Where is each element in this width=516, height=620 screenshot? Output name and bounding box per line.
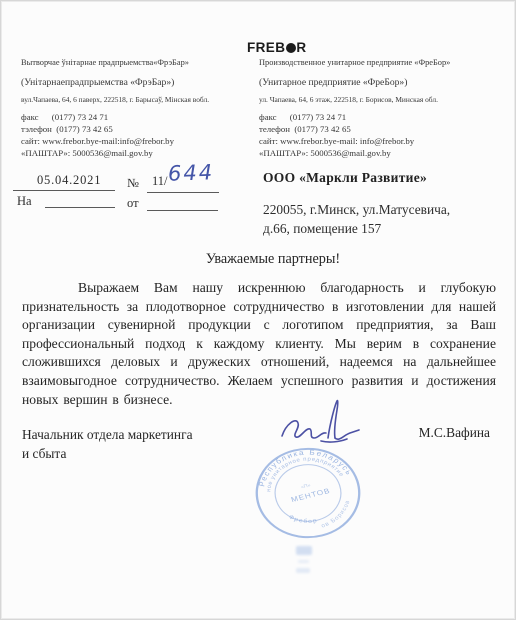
logo-o-disc-icon	[286, 43, 296, 53]
fax-line-by: факс (0177) 73 24 71	[21, 111, 253, 123]
signer-title-line2: и сбыта	[22, 444, 193, 463]
letter-date: 05.04.2021	[37, 173, 101, 188]
na-label: На	[17, 194, 32, 209]
letter-body: Выражаем Вам нашу искреннюю благодарност…	[22, 279, 496, 409]
addressee-name: ООО «Маркли Развитие»	[263, 170, 503, 186]
number-underline	[147, 192, 219, 193]
site-line-ru: сайт: www.frebor.bye-mail: info@frebor.b…	[259, 135, 505, 147]
logo-text-left: FREB	[247, 40, 285, 55]
addressee-address-line1: 220055, г.Минск, ул.Матусевича,	[263, 200, 503, 219]
site-line-by: сайт: www.frebor.bye-mail:info@frebor.by	[21, 135, 253, 147]
letterhead-left-column: Вытворчае ўнітарнае прадпрыемства«ФрэБар…	[21, 58, 253, 159]
contacts-ru: факс (0177) 73 24 71 телефон (0177) 73 4…	[259, 111, 505, 159]
company-name-by-short: (Унітарнаепрадпрыемства «ФрэБар»)	[21, 77, 253, 88]
addressee-address-line2: д.66, помещение 157	[263, 219, 503, 238]
stamp-residue-mark	[296, 568, 310, 573]
stamp-inner-bottom-text: Фребор	[286, 508, 319, 530]
company-address-by: вул.Чапаева, 64, 6 паверх, 222518, г. Ба…	[21, 96, 253, 104]
salutation: Уважаемые партнеры!	[31, 251, 515, 268]
ot-label: от	[127, 196, 139, 211]
phone-line-by: тэлефон (0177) 73 42 65	[21, 123, 253, 135]
stamp-residue-mark	[298, 560, 309, 563]
date-underline	[13, 190, 115, 191]
scanned-letter-page: FREB R Вытворчае ўнітарнае прадпрыемства…	[0, 0, 516, 620]
number-typed-part: 11/	[152, 174, 168, 189]
addressee-address: 220055, г.Минск, ул.Матусевича, д.66, по…	[263, 200, 503, 238]
stamp-center-small-text: «П»	[300, 483, 311, 491]
signer-name: М.С.Вафина	[419, 425, 490, 441]
phone-line-ru: телефон (0177) 73 42 65	[259, 123, 505, 135]
stamp-center-main-text: МЕНТОВ	[290, 486, 332, 504]
letterhead-right-column: Производственное унитарное предприятие «…	[259, 58, 505, 159]
stamp-residue-mark	[296, 546, 312, 555]
contacts-by: факс (0177) 73 24 71 тэлефон (0177) 73 4…	[21, 111, 253, 159]
addressee-block: ООО «Маркли Развитие» 220055, г.Минск, у…	[263, 170, 503, 238]
company-name-by: Вытворчае ўнітарнае прадпрыемства«ФрэБар…	[21, 58, 253, 67]
ot-underline	[147, 210, 218, 211]
company-round-stamp: Республика Беларусь ное унитарное предпр…	[250, 443, 366, 543]
signer-title-line1: Начальник отдела маркетинга	[22, 425, 193, 444]
number-handwritten-part: 644	[168, 160, 215, 186]
svg-text:Фребор: Фребор	[286, 508, 319, 530]
stamp-outer-bottom-text: ов Борисов	[315, 498, 358, 529]
post-line-by: «ПАШТАР»: 5000536@mail.gov.by	[21, 147, 253, 159]
logo-text-right: R	[296, 40, 306, 55]
post-line-ru: «ПАШТАР»: 5000536@mail.gov.by	[259, 147, 505, 159]
frebor-logo: FREB R	[247, 40, 307, 55]
number-sign: №	[127, 176, 139, 191]
company-address-ru: ул. Чапаева, 64, 6 этаж, 222518, г. Бори…	[259, 96, 505, 104]
fax-line-ru: факс (0177) 73 24 71	[259, 111, 505, 123]
na-underline	[45, 207, 115, 208]
company-name-ru-short: (Унитарное предприятие «ФреБор»)	[259, 77, 505, 88]
company-name-ru: Производственное унитарное предприятие «…	[259, 58, 505, 67]
signer-title: Начальник отдела маркетинга и сбыта	[22, 425, 193, 463]
svg-text:ов Борисов: ов Борисов	[315, 498, 358, 529]
